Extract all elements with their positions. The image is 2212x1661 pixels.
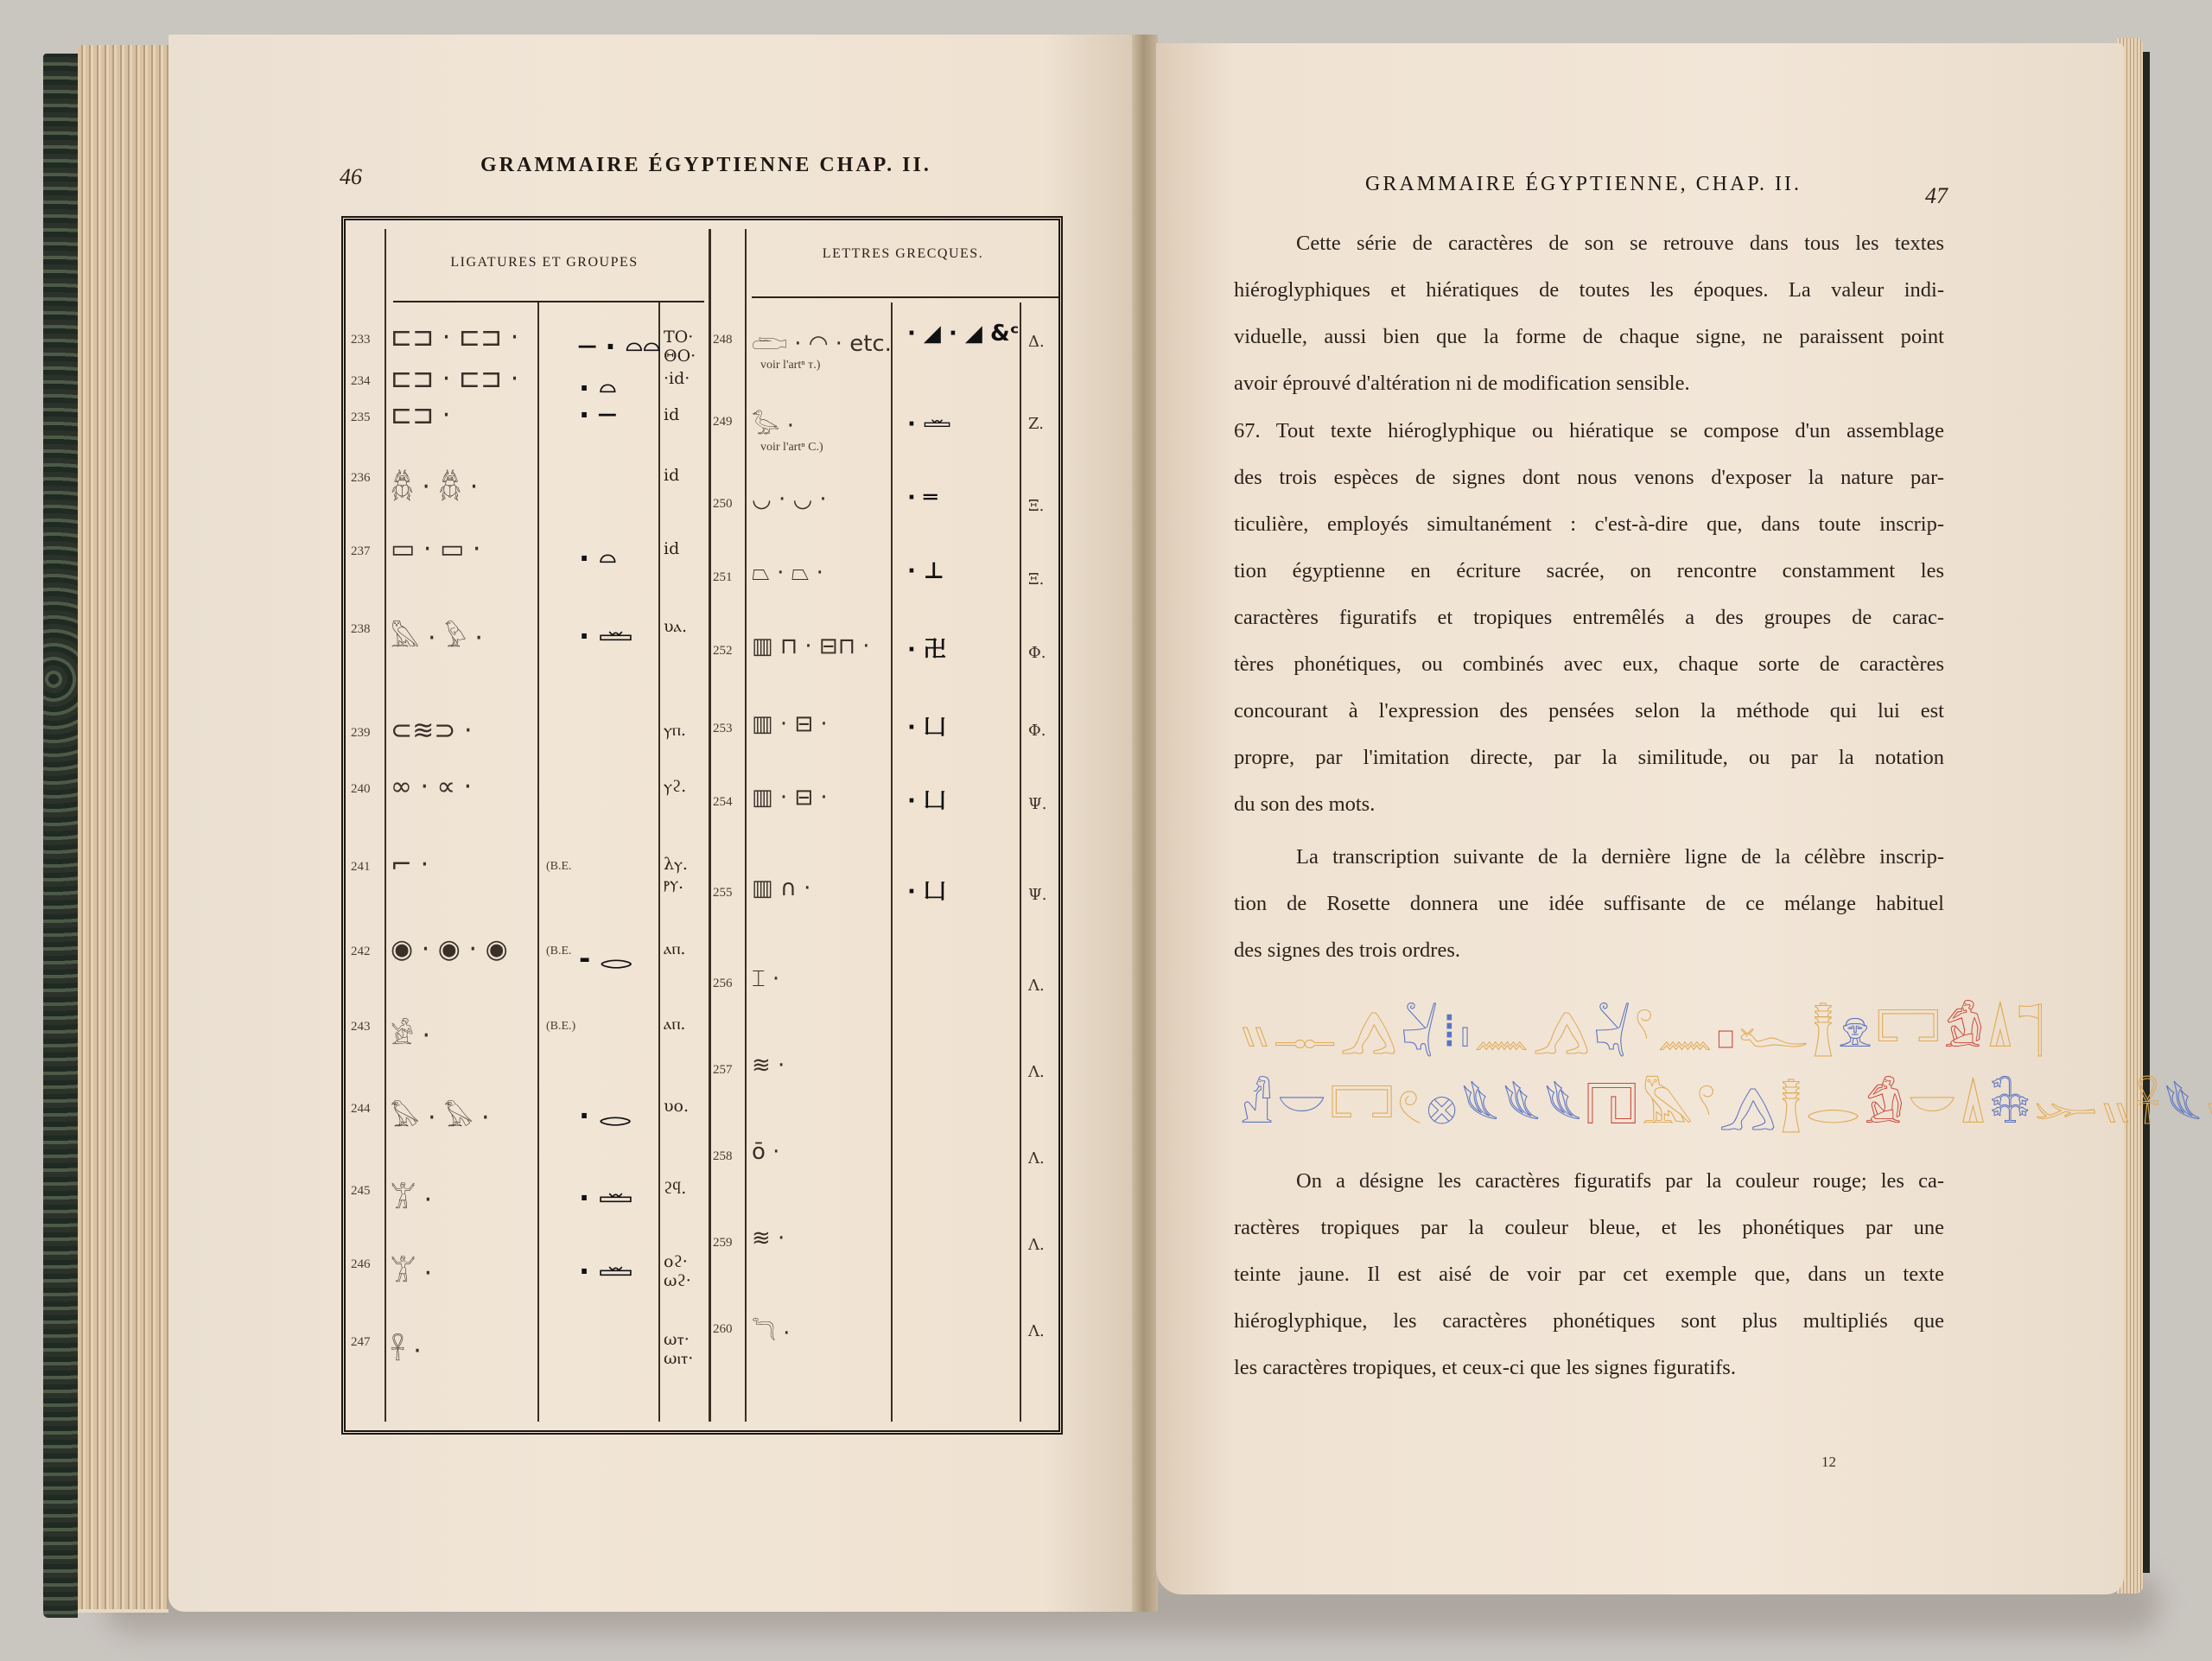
hieroglyph-group: 𓋹 · <box>391 1325 422 1368</box>
left-running-head: GRAMMAIRE ÉGYPTIENNE CHAP. II. <box>480 154 931 177</box>
row-number: 260 <box>713 1322 733 1337</box>
row-number: 245 <box>351 1184 371 1199</box>
hieroglyph-tropic: 𓏤 <box>1460 1003 1470 1059</box>
hieroglyph-phonetic: 𓂻 <box>1533 1003 1590 1059</box>
paragraph-colors: On a désigne les caractères figuratifs p… <box>1234 1158 1944 1391</box>
greek-letter: Λ. <box>1028 1322 1045 1340</box>
hieroglyph-tropic: 𓆰 <box>2164 1079 2202 1135</box>
hieratic-form: · 𓏛 <box>579 1245 632 1290</box>
hieroglyph-phonetic: 𓊽 <box>1780 1079 1802 1135</box>
greek-letter: Ξ. <box>1028 570 1044 589</box>
row-number: 255 <box>713 886 733 901</box>
hieroglyph-group: ▭ · ▭ · <box>391 534 480 564</box>
right-page-number: 47 <box>1925 183 1948 209</box>
left-page-number: 46 <box>340 164 362 190</box>
text-line: viduelle, aussi bien que la forme de cha… <box>1234 314 1944 360</box>
coptic-value: TO·ΘO· <box>664 328 696 366</box>
coptic-value: λⲩ.ⲣⲩ. <box>664 855 688 893</box>
hieroglyph-phonetic: 𓏙 <box>1987 1003 2013 1059</box>
hieroglyph-group: ▥ ⊓ · ⊟⊓ · <box>752 633 870 659</box>
gutter <box>1132 35 1158 1612</box>
hieroglyph-tropic: 𓆰 <box>1544 1079 1582 1135</box>
greek-letter: Λ. <box>1028 1236 1045 1254</box>
hieratic-form: ─ · 𓏏𓏏 <box>579 321 660 366</box>
row-number: 258 <box>713 1149 733 1164</box>
hieroglyph-tropic: 𓇗 <box>1990 1079 2031 1135</box>
row-number: 259 <box>713 1236 733 1251</box>
source-note: (B.E. <box>546 860 572 874</box>
hieroglyph-phonetic: 𓆱 <box>2034 1079 2098 1135</box>
text-line: hiéroglyphique, les caractères phonétiqu… <box>1234 1298 1944 1345</box>
greek-letter: Φ. <box>1028 722 1046 740</box>
text-line: ticulière, employés simultanément : c'es… <box>1234 501 1944 548</box>
coptic-value: υⲁ. <box>664 617 687 636</box>
hieroglyph-phonetic: 𓏲 <box>1397 1079 1422 1135</box>
row-number: 253 <box>713 722 733 736</box>
row-number: 233 <box>351 333 371 347</box>
hieroglyph-group: 𓂧 · ◠ · etc. <box>752 322 892 359</box>
hieroglyph-phonetic: 𓏭 <box>2205 1079 2212 1135</box>
row-number: 242 <box>351 945 371 959</box>
sign-table: LIGATURES ET GROUPES LETTRES GRECQUES. 2… <box>341 216 1063 1435</box>
hieroglyph-group: 𓅭 · <box>752 404 794 441</box>
hieroglyph-phonetic: 𓍢 <box>1635 1003 1654 1059</box>
hieroglyph-phonetic: 𓈖 <box>1473 1003 1529 1059</box>
row-number: 252 <box>713 644 733 659</box>
table-rule <box>745 229 747 1422</box>
coptic-value: ωⲧ·ωⲓⲧ· <box>664 1330 693 1368</box>
table-rule <box>891 302 893 1422</box>
hieroglyph-group: ◉ · ◉ · ◉ <box>391 934 508 964</box>
text-line: propre, par l'imitation directe, par la … <box>1234 735 1944 781</box>
hieroglyph-group: ∞ · ∝ · <box>391 772 472 802</box>
text-line: teinte jaune. Il est aisé de voir par ce… <box>1234 1251 1944 1298</box>
table-rule <box>658 302 660 1422</box>
header-rule <box>752 296 1058 298</box>
coptic-value: id <box>664 539 679 558</box>
hieroglyph-phonetic: 𓅓 <box>1641 1079 1693 1135</box>
text-line: tion de Rosette donnera une idée suffisa… <box>1234 881 1944 927</box>
hieroglyph-phonetic: 𓏙 <box>1961 1079 1986 1135</box>
signature-mark: 12 <box>1821 1454 1836 1471</box>
hieroglyph-tropic: 𓂻 <box>1719 1079 1776 1135</box>
coptic-value: ⲁⲡ. <box>664 1015 685 1034</box>
header-rule <box>393 301 704 302</box>
cross-reference: voir l'artⁿ ⲧ.) <box>760 359 820 372</box>
hieroglyph-tropic: 𓆰 <box>1461 1079 1499 1135</box>
greek-letter: Λ. <box>1028 1063 1045 1081</box>
hieroglyph-group: ⊂≋⊃ · <box>391 716 472 746</box>
row-number: 244 <box>351 1102 371 1117</box>
text-line: des signes des trois ordres. <box>1234 927 1944 974</box>
hieratic-form: · 𓏛 <box>579 1172 632 1217</box>
hieroglyph-group: ▥ ∩ · <box>752 875 810 901</box>
cross-reference: voir l'artⁿ C.) <box>760 441 823 455</box>
row-number: 251 <box>713 570 733 585</box>
row-number: 239 <box>351 726 371 741</box>
text-line: du son des mots. <box>1234 781 1944 828</box>
hieratic-form: · ─ <box>579 398 616 431</box>
hieratic-form: · 𓂋 <box>579 1090 632 1135</box>
marbled-cover-left <box>43 54 78 1618</box>
hieroglyph-line-2: 𓀭𓎟𓉐𓏲𓊖𓆰𓆰𓆰𓉔𓅓𓍢𓂻𓊽𓂋𓀁𓎟𓏙𓇗𓆱𓏭𓋹𓆰𓏭 <box>1240 1070 2212 1135</box>
hieroglyph-phonetic: 𓎟 <box>1908 1079 1957 1135</box>
hieroglyph-tropic: 𓎟 <box>1277 1079 1326 1135</box>
hieroglyph-group: ◡ · ◡ · <box>752 487 827 512</box>
hieroglyph-phonetic: 𓉐 <box>1330 1079 1394 1135</box>
hieroglyph-group: ⊏⊐ · ⊏⊐ · <box>391 364 518 394</box>
text-line: avoir éprouvé d'altération ni de modific… <box>1234 360 1944 407</box>
table-rule <box>537 302 539 1422</box>
column-header-ligatures: LIGATURES ET GROUPES <box>389 255 700 270</box>
greek-letter: Λ. <box>1028 977 1045 995</box>
hieroglyph-group: ⌐ · <box>391 850 429 880</box>
hieroglyph-group: ⏢ · ⏢ · <box>752 560 823 587</box>
coptic-value: οϩ·ωϩ· <box>664 1252 691 1290</box>
hieroglyph-phonetic: 𓍢 <box>1697 1079 1716 1135</box>
hieratic-form: · 凵 <box>907 874 946 906</box>
hieroglyph-phonetic: 𓊽 <box>1812 1003 1834 1059</box>
hieroglyph-figurative: 𓉔 <box>1586 1079 1638 1135</box>
hieroglyph-group: 𓀀 · <box>391 1009 430 1053</box>
hieratic-form: · 𓏏 <box>579 532 617 577</box>
hieroglyph-tropic: 𓁷 <box>1838 1003 1872 1059</box>
table-rule <box>709 229 711 1422</box>
page-edges-left <box>78 45 168 1613</box>
text-line: hiéroglyphiques et hiératiques de toutes… <box>1234 267 1944 314</box>
coptic-value: ⲩϩ. <box>664 777 686 796</box>
hieroglyph-group: 𓅓 · 𓅱 · <box>391 612 483 655</box>
hieroglyph-tropic: 𓋔 <box>1593 1003 1631 1059</box>
hieroglyph-group: ⌶ · <box>752 966 779 993</box>
hieratic-form: · 𓏛 <box>907 403 950 439</box>
hieroglyph-phonetic: 𓊃 <box>1274 1003 1337 1059</box>
hieroglyph-phonetic: 𓊹 <box>2017 1003 2044 1059</box>
coptic-value: ϩϥ. <box>664 1179 686 1198</box>
row-number: 236 <box>351 471 371 486</box>
hieroglyph-line-1: 𓏭𓊃𓂻𓋔⁞𓏤𓈖𓂻𓋔𓍢𓈖𓊪𓆑𓊽𓁷𓉐𓀁𓏙𓊹 <box>1240 994 2044 1059</box>
hieroglyph-group: 𓆓 · <box>752 1312 790 1348</box>
paragraph-rosette: La transcription suivante de la dernière… <box>1234 834 1944 974</box>
hieratic-form: · 𓏛 <box>579 610 632 655</box>
row-number: 240 <box>351 782 371 797</box>
hieroglyph-phonetic: 𓏭 <box>1240 1003 1270 1059</box>
source-note: (B.E. <box>546 945 572 958</box>
hieroglyph-tropic: 𓀭 <box>1240 1079 1274 1135</box>
hieroglyph-figurative: 𓀁 <box>1864 1079 1904 1135</box>
paragraph-67: 67. Tout texte hiéroglyphique ou hiérati… <box>1234 408 1944 828</box>
coptic-value: ⲁⲡ. <box>664 939 685 958</box>
text-line: La transcription suivante de la dernière… <box>1234 834 1944 881</box>
hieroglyph-group: ≋ · <box>752 1225 785 1251</box>
source-note: (B.E.) <box>546 1020 575 1034</box>
hieroglyph-group: ō · <box>752 1139 779 1165</box>
row-number: 249 <box>713 415 733 430</box>
hieroglyph-group: ⊏⊐ · <box>391 400 450 430</box>
text-line: les caractères tropiques, et ceux-ci que… <box>1234 1345 1944 1391</box>
row-number: 247 <box>351 1335 371 1350</box>
row-number: 246 <box>351 1257 371 1272</box>
hieroglyph-figurative: 𓊪 <box>1716 1003 1735 1059</box>
text-line: 67. Tout texte hiéroglyphique ou hiérati… <box>1234 408 1944 455</box>
hieroglyph-group: 𓀠 · <box>391 1247 432 1290</box>
hieratic-form: · 凵 <box>907 783 946 815</box>
hieroglyph-tropic: ⁞ <box>1442 1003 1457 1059</box>
hieroglyph-tropic: 𓆰 <box>1503 1079 1541 1135</box>
hieroglyph-phonetic: 𓏭 <box>2101 1079 2132 1135</box>
row-number: 243 <box>351 1020 371 1034</box>
greek-letter: Ψ. <box>1028 795 1047 813</box>
row-number: 248 <box>713 333 733 347</box>
coptic-value: id <box>664 466 679 485</box>
text-line: tères phonétiques, ou combinés avec eux,… <box>1234 641 1944 688</box>
hieroglyph-phonetic: 𓉐 <box>1876 1003 1940 1059</box>
table-rule <box>1020 302 1021 1422</box>
right-running-head: GRAMMAIRE ÉGYPTIENNE, CHAP. II. <box>1365 173 1802 196</box>
text-line: des trois espèces de signes dont nous ve… <box>1234 455 1944 501</box>
text-line: concourant à l'expression des pensées se… <box>1234 688 1944 735</box>
hieroglyph-phonetic: 𓈖 <box>1657 1003 1713 1059</box>
hieroglyph-group: 𓆣 · 𓆣 · <box>391 461 478 504</box>
coptic-value: ⲩⲡ. <box>664 721 686 740</box>
hieroglyph-phonetic: 𓂻 <box>1340 1003 1397 1059</box>
greek-letter: Δ. <box>1028 333 1045 351</box>
hieroglyph-group: 𓀠 · <box>391 1174 432 1217</box>
hieroglyph-group: 𓅃 · 𓅃 · <box>391 1091 490 1135</box>
hieroglyph-group: ≋ · <box>752 1053 785 1079</box>
row-number: 234 <box>351 374 371 389</box>
row-number: 257 <box>713 1063 733 1078</box>
hieroglyph-tropic: 𓊖 <box>1426 1079 1458 1135</box>
hieratic-form: · ⊥ <box>907 558 944 584</box>
hieratic-form: - 𓂋 <box>579 932 632 977</box>
hieroglyph-phonetic: 𓂋 <box>1806 1079 1861 1135</box>
table-rule <box>385 229 386 1422</box>
greek-letter: Ξ. <box>1028 497 1044 515</box>
hieroglyph-group: ⊏⊐ · ⊏⊐ · <box>391 322 518 353</box>
hieratic-form: · ◢ · ◢ &ᶜ <box>907 321 1019 347</box>
hieroglyph-group: ▥ · ⊟ · <box>752 711 828 737</box>
hieratic-form: · 凵 <box>907 710 946 741</box>
hieroglyph-figurative: 𓀁 <box>1943 1003 1983 1059</box>
text-line: Cette série de caractères de son se retr… <box>1234 220 1944 267</box>
paragraph-1: Cette série de caractères de son se retr… <box>1234 220 1944 407</box>
text-line: ractères tropiques par la couleur bleue,… <box>1234 1205 1944 1251</box>
greek-letter: Ψ. <box>1028 886 1047 904</box>
row-number: 254 <box>713 795 733 810</box>
row-number: 250 <box>713 497 733 512</box>
row-number: 241 <box>351 860 371 875</box>
column-header-greek: LETTRES GRECQUES. <box>747 246 1058 262</box>
hieratic-form: · 卍 <box>907 632 946 664</box>
hieroglyph-group: ▥ · ⊟ · <box>752 785 828 811</box>
coptic-value: id <box>664 405 679 424</box>
hieroglyph-phonetic: 𓆑 <box>1738 1003 1808 1059</box>
text-line: On a désigne les caractères figuratifs p… <box>1234 1158 1944 1205</box>
hieratic-form: · ═ <box>907 485 938 511</box>
row-number: 235 <box>351 410 371 425</box>
coptic-value: υο. <box>664 1097 689 1116</box>
row-number: 256 <box>713 977 733 991</box>
coptic-value: ·id· <box>664 369 690 388</box>
row-number: 237 <box>351 544 371 559</box>
greek-letter: Φ. <box>1028 644 1046 662</box>
text-line: tion égyptienne en écriture sacrée, on r… <box>1234 548 1944 595</box>
greek-letter: Z. <box>1028 415 1044 433</box>
text-line: caractères figuratifs et tropiques entre… <box>1234 595 1944 641</box>
greek-letter: Λ. <box>1028 1149 1045 1168</box>
row-number: 238 <box>351 622 371 637</box>
hieroglyph-phonetic: 𓋹 <box>2134 1079 2160 1135</box>
hieroglyph-tropic: 𓋔 <box>1401 1003 1439 1059</box>
